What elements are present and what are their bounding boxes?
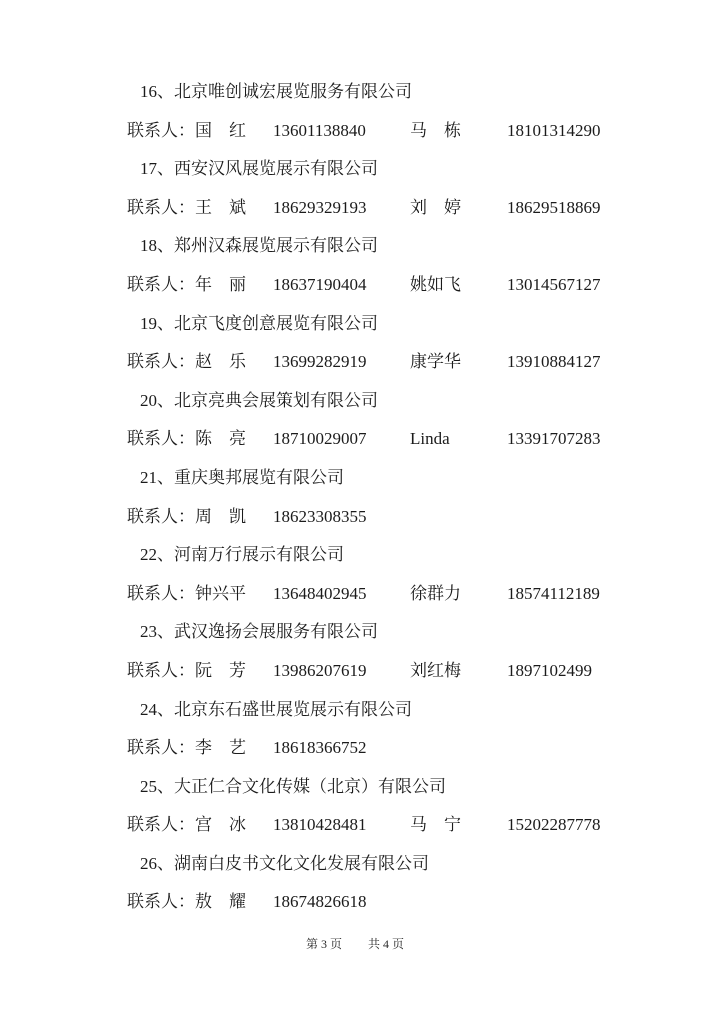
- contact2-phone: 18574112189: [507, 575, 600, 614]
- company-line: 20、北京亮典会展策划有限公司: [140, 382, 670, 421]
- entry-number: 24、: [140, 700, 174, 719]
- company-name: 北京亮典会展策划有限公司: [174, 391, 378, 410]
- entry-number: 16、: [140, 82, 174, 101]
- contact2-name: Linda: [410, 420, 450, 459]
- company-name: 郑州汉森展览展示有限公司: [174, 236, 378, 255]
- contact-line: 联系人：敖 耀 18674826618: [127, 883, 670, 922]
- contact2-name: 马 栋: [410, 112, 461, 151]
- contact-primary: 联系人：王 斌: [127, 189, 246, 228]
- contact1-phone: 18674826618: [273, 883, 367, 922]
- directory-entry: 23、武汉逸扬会展服务有限公司 联系人：阮 芳 13986207619 刘红梅 …: [127, 613, 670, 690]
- company-line: 24、北京东石盛世展览展示有限公司: [140, 691, 670, 730]
- contact1-name: 年 丽: [195, 275, 246, 294]
- contact-primary: 联系人：宫 冰: [127, 806, 246, 845]
- contact-label: 联系人：: [127, 892, 195, 911]
- contact2-phone: 18101314290: [507, 112, 601, 151]
- contact-line: 联系人：阮 芳 13986207619 刘红梅 1897102499: [127, 652, 670, 691]
- company-name: 西安汉风展览展示有限公司: [174, 159, 378, 178]
- contact-line: 联系人：陈 亮 18710029007 Linda 13391707283: [127, 420, 670, 459]
- contact2-name: 马 宁: [410, 806, 461, 845]
- contact2-phone: 18629518869: [507, 189, 601, 228]
- contact1-name: 钟兴平: [195, 584, 246, 603]
- total-pages-label: 共 4 页: [368, 936, 404, 952]
- page-number-label: 第 3 页: [306, 936, 342, 952]
- contact-primary: 联系人：钟兴平: [127, 575, 246, 614]
- entry-number: 22、: [140, 545, 174, 564]
- contact-label: 联系人：: [127, 352, 195, 371]
- contact1-phone: 18710029007: [273, 420, 367, 459]
- contact-line: 联系人：李 艺 18618366752: [127, 729, 670, 768]
- entries-container: 16、北京唯创诚宏展览服务有限公司 联系人：国 红 13601138840 马 …: [127, 73, 670, 922]
- contact-label: 联系人：: [127, 738, 195, 757]
- contact-primary: 联系人：赵 乐: [127, 343, 246, 382]
- contact-line: 联系人：周 凯 18623308355: [127, 498, 670, 537]
- contact1-phone: 13601138840: [273, 112, 366, 151]
- contact2-phone: 13910884127: [507, 343, 601, 382]
- contact1-name: 国 红: [195, 121, 246, 140]
- contact-line: 联系人：钟兴平 13648402945 徐群力 18574112189: [127, 575, 670, 614]
- contact1-name: 敖 耀: [195, 892, 246, 911]
- contact-line: 联系人：王 斌 18629329193 刘 婷 18629518869: [127, 189, 670, 228]
- contact1-phone: 13699282919: [273, 343, 367, 382]
- contact-primary: 联系人：阮 芳: [127, 652, 246, 691]
- directory-entry: 24、北京东石盛世展览展示有限公司 联系人：李 艺 18618366752: [127, 691, 670, 768]
- contact1-phone: 18629329193: [273, 189, 367, 228]
- contact-label: 联系人：: [127, 429, 195, 448]
- contact2-name: 刘红梅: [410, 652, 461, 691]
- directory-entry: 16、北京唯创诚宏展览服务有限公司 联系人：国 红 13601138840 马 …: [127, 73, 670, 150]
- contact2-phone: 13391707283: [507, 420, 601, 459]
- contact2-phone: 13014567127: [507, 266, 601, 305]
- contact1-phone: 13648402945: [273, 575, 367, 614]
- contact1-name: 陈 亮: [195, 429, 246, 448]
- contact1-name: 阮 芳: [195, 661, 246, 680]
- entry-number: 17、: [140, 159, 174, 178]
- directory-entry: 22、河南万行展示有限公司 联系人：钟兴平 13648402945 徐群力 18…: [127, 536, 670, 613]
- contact2-phone: 15202287778: [507, 806, 601, 845]
- contact-line: 联系人：赵 乐 13699282919 康学华 13910884127: [127, 343, 670, 382]
- contact-label: 联系人：: [127, 815, 195, 834]
- contact-primary: 联系人：年 丽: [127, 266, 246, 305]
- contact-primary: 联系人：李 艺: [127, 729, 246, 768]
- contact-label: 联系人：: [127, 584, 195, 603]
- contact2-name: 康学华: [410, 343, 461, 382]
- company-line: 16、北京唯创诚宏展览服务有限公司: [140, 73, 670, 112]
- entry-number: 20、: [140, 391, 174, 410]
- directory-entry: 26、湖南白皮书文化文化发展有限公司 联系人：敖 耀 18674826618: [127, 845, 670, 922]
- entry-number: 26、: [140, 854, 174, 873]
- contact1-name: 宫 冰: [195, 815, 246, 834]
- contact1-phone: 18618366752: [273, 729, 367, 768]
- directory-entry: 20、北京亮典会展策划有限公司 联系人：陈 亮 18710029007 Lind…: [127, 382, 670, 459]
- contact-label: 联系人：: [127, 507, 195, 526]
- contact1-phone: 13810428481: [273, 806, 367, 845]
- entry-number: 21、: [140, 468, 174, 487]
- contact1-phone: 18623308355: [273, 498, 367, 537]
- company-name: 重庆奥邦展览有限公司: [174, 468, 344, 487]
- contact1-name: 王 斌: [195, 198, 246, 217]
- entry-number: 19、: [140, 314, 174, 333]
- company-name: 北京飞度创意展览有限公司: [174, 314, 378, 333]
- contact-label: 联系人：: [127, 661, 195, 680]
- company-line: 25、大正仁合文化传媒（北京）有限公司: [140, 768, 670, 807]
- contact2-name: 刘 婷: [410, 189, 461, 228]
- entry-number: 25、: [140, 777, 174, 796]
- directory-entry: 18、郑州汉森展览展示有限公司 联系人：年 丽 18637190404 姚如飞 …: [127, 227, 670, 304]
- contact1-name: 周 凯: [195, 507, 246, 526]
- company-name: 河南万行展示有限公司: [174, 545, 344, 564]
- contact-label: 联系人：: [127, 121, 195, 140]
- company-name: 北京东石盛世展览展示有限公司: [174, 700, 412, 719]
- contact2-phone: 1897102499: [507, 652, 592, 691]
- entry-number: 23、: [140, 622, 174, 641]
- directory-entry: 17、西安汉风展览展示有限公司 联系人：王 斌 18629329193 刘 婷 …: [127, 150, 670, 227]
- contact1-name: 李 艺: [195, 738, 246, 757]
- directory-entry: 21、重庆奥邦展览有限公司 联系人：周 凯 18623308355: [127, 459, 670, 536]
- company-name: 湖南白皮书文化文化发展有限公司: [174, 854, 429, 873]
- contact2-name: 徐群力: [410, 575, 461, 614]
- company-line: 26、湖南白皮书文化文化发展有限公司: [140, 845, 670, 884]
- directory-entry: 19、北京飞度创意展览有限公司 联系人：赵 乐 13699282919 康学华 …: [127, 305, 670, 382]
- contact2-name: 姚如飞: [410, 266, 461, 305]
- company-line: 19、北京飞度创意展览有限公司: [140, 305, 670, 344]
- contact-primary: 联系人：周 凯: [127, 498, 246, 537]
- entry-number: 18、: [140, 236, 174, 255]
- company-line: 23、武汉逸扬会展服务有限公司: [140, 613, 670, 652]
- contact1-phone: 18637190404: [273, 266, 367, 305]
- contact-primary: 联系人：陈 亮: [127, 420, 246, 459]
- company-line: 17、西安汉风展览展示有限公司: [140, 150, 670, 189]
- contact-label: 联系人：: [127, 198, 195, 217]
- contact-line: 联系人：国 红 13601138840 马 栋 18101314290: [127, 112, 670, 151]
- company-line: 18、郑州汉森展览展示有限公司: [140, 227, 670, 266]
- contact1-name: 赵 乐: [195, 352, 246, 371]
- company-name: 北京唯创诚宏展览服务有限公司: [174, 82, 412, 101]
- contact-primary: 联系人：敖 耀: [127, 883, 246, 922]
- contact-line: 联系人：宫 冰 13810428481 马 宁 15202287778: [127, 806, 670, 845]
- company-name: 武汉逸扬会展服务有限公司: [174, 622, 378, 641]
- page-footer: 第 3 页 共 4 页: [0, 936, 710, 952]
- directory-entry: 25、大正仁合文化传媒（北京）有限公司 联系人：宫 冰 13810428481 …: [127, 768, 670, 845]
- contact1-phone: 13986207619: [273, 652, 367, 691]
- contact-line: 联系人：年 丽 18637190404 姚如飞 13014567127: [127, 266, 670, 305]
- contact-primary: 联系人：国 红: [127, 112, 246, 151]
- contact-label: 联系人：: [127, 275, 195, 294]
- company-line: 21、重庆奥邦展览有限公司: [140, 459, 670, 498]
- company-line: 22、河南万行展示有限公司: [140, 536, 670, 575]
- company-name: 大正仁合文化传媒（北京）有限公司: [174, 777, 446, 796]
